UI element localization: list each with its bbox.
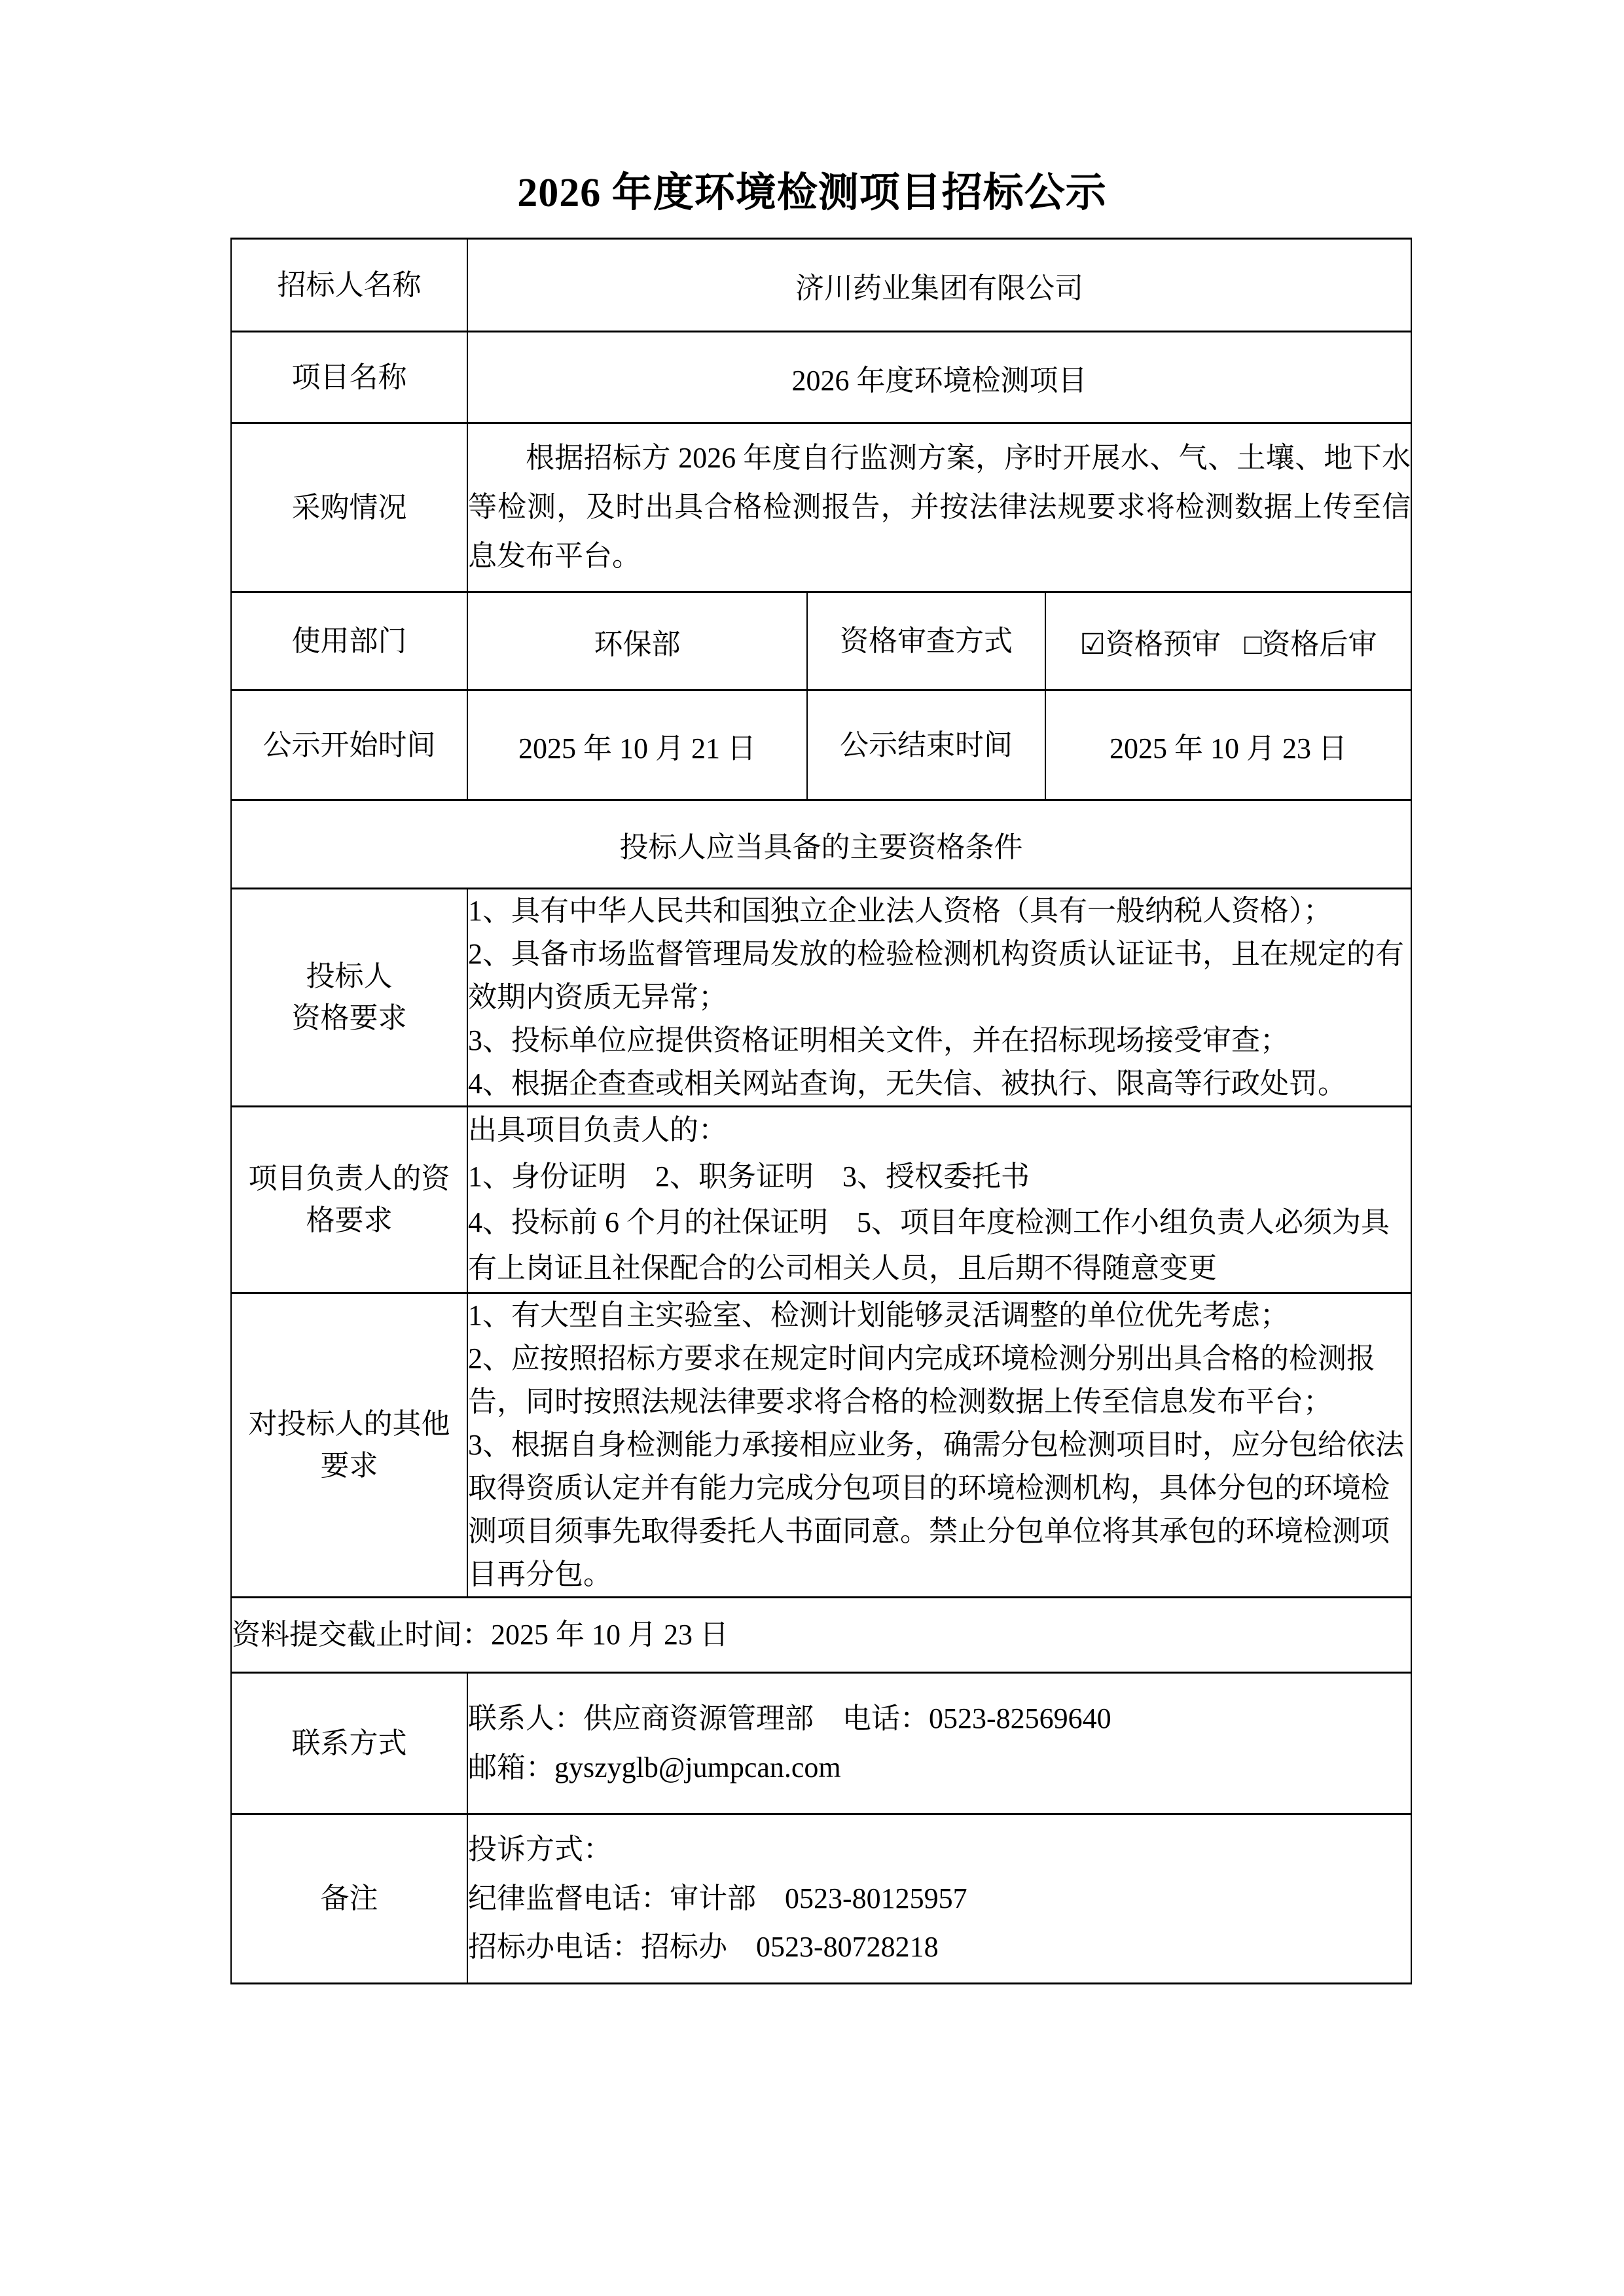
tender-table: 招标人名称 济川药业集团有限公司 项目名称 2026 年度环境检测项目 采购情况…: [230, 238, 1412, 1984]
pre-review-option: ☑资格预审: [1079, 628, 1220, 660]
remarks-line: 招标办电话：招标办 0523-80728218: [468, 1923, 1411, 1972]
bidder-qualification-label: 投标人 资格要求: [231, 889, 467, 1107]
row-publicity-dates: 公示开始时间 2025 年 10 月 21 日 公示结束时间 2025 年 10…: [231, 691, 1411, 800]
row-procurement: 采购情况 根据招标方 2026 年度自行监测方案，序时开展水、气、土壤、地下水等…: [231, 423, 1411, 592]
other-requirement-item: 3、根据自身检测能力承接相应业务，确需分包检测项目时，应分包给依法取得资质认定并…: [468, 1424, 1411, 1596]
other-requirements-label: 对投标人的其他 要求: [231, 1293, 467, 1598]
contact-label: 联系方式: [231, 1673, 467, 1814]
post-review-label: 资格后审: [1262, 628, 1377, 660]
contact-line: 联系人：供应商资源管理部 电话：0523-82569640: [468, 1695, 1411, 1744]
row-qualification-header: 投标人应当具备的主要资格条件: [231, 800, 1411, 889]
row-department-review: 使用部门 环保部 资格审查方式 ☑资格预审□资格后审: [231, 592, 1411, 691]
publicity-end-label: 公示结束时间: [807, 691, 1045, 800]
publicity-start-value: 2025 年 10 月 21 日: [467, 691, 807, 800]
manager-qualification-line: 出具项目负责人的：: [468, 1107, 1411, 1153]
qualification-item: 3、投标单位应提供资格证明相关文件，并在招标现场接受审查；: [468, 1019, 1411, 1062]
review-method-label: 资格审查方式: [807, 592, 1045, 691]
qualification-header: 投标人应当具备的主要资格条件: [231, 800, 1411, 889]
other-requirements-cell: 1、有大型自主实验室、检测计划能够灵活调整的单位优先考虑； 2、应按照招标方要求…: [467, 1293, 1411, 1598]
submission-deadline: 资料提交截止时间：2025 年 10 月 23 日: [231, 1598, 1411, 1673]
publicity-end-value: 2025 年 10 月 23 日: [1045, 691, 1411, 800]
remarks-cell: 投诉方式： 纪律监督电话：审计部 0523-80125957 招标办电话：招标办…: [467, 1814, 1411, 1984]
project-name-value: 2026 年度环境检测项目: [467, 332, 1411, 423]
review-method-cell: ☑资格预审□资格后审: [1045, 592, 1411, 691]
row-submission-deadline: 资料提交截止时间：2025 年 10 月 23 日: [231, 1598, 1411, 1673]
other-requirement-item: 2、应按照招标方要求在规定时间内完成环境检测分别出具合格的检测报告，同时按照法规…: [468, 1337, 1411, 1424]
bidder-name-value: 济川药业集团有限公司: [467, 239, 1411, 332]
contact-cell: 联系人：供应商资源管理部 电话：0523-82569640 邮箱：gyszygl…: [467, 1673, 1411, 1814]
row-bidder-qualification: 投标人 资格要求 1、具有中华人民共和国独立企业法人资格（具有一般纳税人资格）；…: [231, 889, 1411, 1107]
project-name-label: 项目名称: [231, 332, 467, 423]
using-department-label: 使用部门: [231, 592, 467, 691]
remarks-line: 投诉方式：: [468, 1825, 1411, 1874]
bidder-qualification-cell: 1、具有中华人民共和国独立企业法人资格（具有一般纳税人资格）； 2、具备市场监督…: [467, 889, 1411, 1107]
publicity-start-label: 公示开始时间: [231, 691, 467, 800]
row-bidder-name: 招标人名称 济川药业集团有限公司: [231, 239, 1411, 332]
pre-review-label: 资格预审: [1106, 628, 1221, 660]
procurement-cell: 根据招标方 2026 年度自行监测方案，序时开展水、气、土壤、地下水等检测，及时…: [467, 423, 1411, 592]
row-project-name: 项目名称 2026 年度环境检测项目: [231, 332, 1411, 423]
row-manager-qualification: 项目负责人的资 格要求 出具项目负责人的： 1、身份证明 2、职务证明 3、授权…: [231, 1107, 1411, 1293]
document-title: 2026 年度环境检测项目招标公示: [0, 160, 1624, 218]
procurement-text: 根据招标方 2026 年度自行监测方案，序时开展水、气、土壤、地下水等检测，及时…: [468, 434, 1411, 581]
row-contact: 联系方式 联系人：供应商资源管理部 电话：0523-82569640 邮箱：gy…: [231, 1673, 1411, 1814]
remarks-line: 纪律监督电话：审计部 0523-80125957: [468, 1874, 1411, 1924]
unchecked-checkbox-icon: □: [1244, 628, 1262, 660]
row-other-requirements: 对投标人的其他 要求 1、有大型自主实验室、检测计划能够灵活调整的单位优先考虑；…: [231, 1293, 1411, 1598]
procurement-label: 采购情况: [231, 423, 467, 592]
manager-qualification-label: 项目负责人的资 格要求: [231, 1107, 467, 1293]
manager-qualification-cell: 出具项目负责人的： 1、身份证明 2、职务证明 3、授权委托书 4、投标前 6 …: [467, 1107, 1411, 1293]
manager-qualification-line: 1、身份证明 2、职务证明 3、授权委托书: [468, 1154, 1411, 1200]
manager-qualification-line: 4、投标前 6 个月的社保证明 5、项目年度检测工作小组负责人必须为具有上岗证且…: [468, 1200, 1411, 1292]
qualification-item: 4、根据企查查或相关网站查询，无失信、被执行、限高等行政处罚。: [468, 1062, 1411, 1105]
qualification-item: 2、具备市场监督管理局发放的检验检测机构资质认证证书，且在规定的有效期内资质无异…: [468, 933, 1411, 1019]
contact-email: 邮箱：gyszyglb@jumpcan.com: [468, 1744, 1411, 1793]
checked-checkbox-icon: ☑: [1079, 628, 1105, 660]
other-requirement-item: 1、有大型自主实验室、检测计划能够灵活调整的单位优先考虑；: [468, 1294, 1411, 1337]
document-page: 2026 年度环境检测项目招标公示 招标人名称 济川药业集团有限公司 项目名称 …: [0, 0, 1624, 2296]
remarks-label: 备注: [231, 1814, 467, 1984]
post-review-option: □资格后审: [1244, 628, 1377, 660]
bidder-name-label: 招标人名称: [231, 239, 467, 332]
row-remarks: 备注 投诉方式： 纪律监督电话：审计部 0523-80125957 招标办电话：…: [231, 1814, 1411, 1984]
qualification-item: 1、具有中华人民共和国独立企业法人资格（具有一般纳税人资格）；: [468, 889, 1411, 933]
using-department-value: 环保部: [467, 592, 807, 691]
